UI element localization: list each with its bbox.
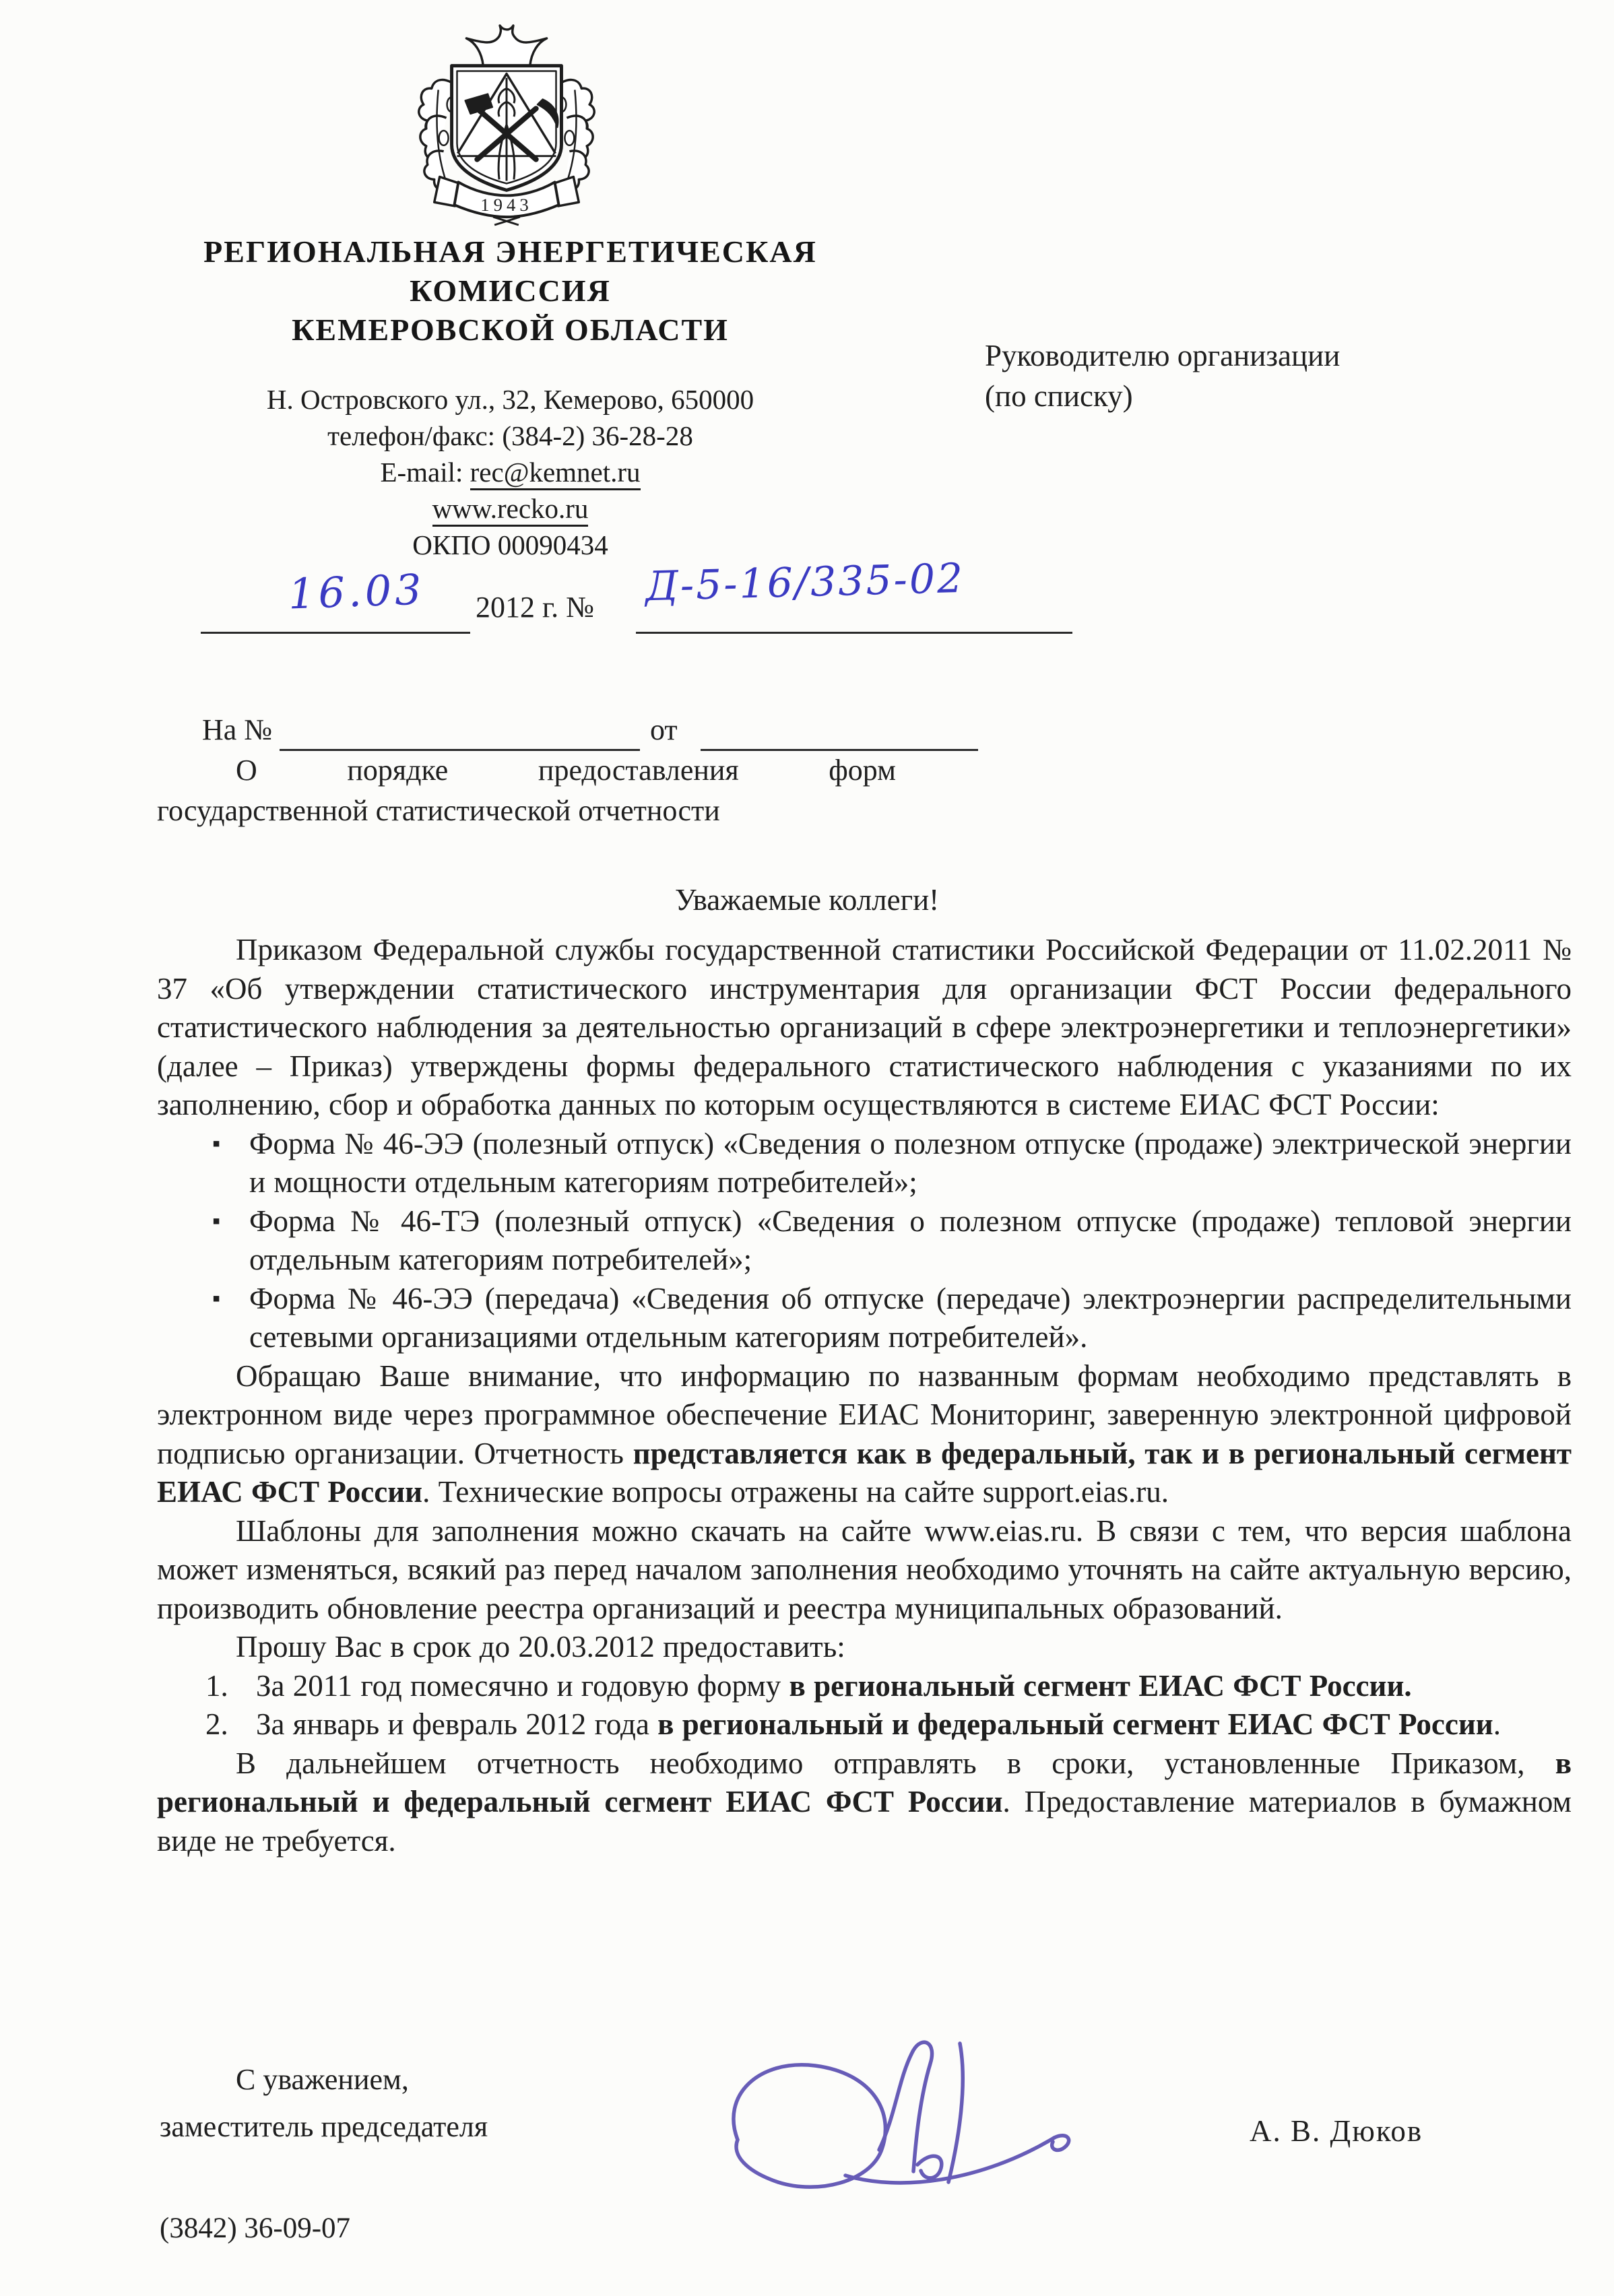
org-website-line: www.recko.ru xyxy=(94,490,926,527)
org-name-line: РЕГИОНАЛЬНАЯ ЭНЕРГЕТИЧЕСКАЯ xyxy=(94,232,926,271)
org-email: rec@kemnet.ru xyxy=(470,457,641,490)
handwritten-date: 16.03 xyxy=(288,564,426,618)
subject-line-2: государственной статистической отчетност… xyxy=(157,793,720,828)
reference-number-underline xyxy=(280,749,640,751)
handwritten-outgoing-number: Д-5-16/335-02 xyxy=(645,555,965,610)
item-text: За 2011 год помесячно и годовую форму в … xyxy=(256,1669,1412,1703)
item-text: За январь и февраль 2012 года в регионал… xyxy=(256,1707,1501,1741)
kemerovo-coat-of-arms-icon: 1943 xyxy=(399,24,614,226)
letter-body: Приказом Федеральной службы государствен… xyxy=(157,931,1572,1860)
square-bullet-icon: ▪ xyxy=(212,1202,220,1241)
body-paragraph-2: Обращаю Ваше внимание, что информацию по… xyxy=(157,1357,1572,1512)
addressee-line: Руководителю организации xyxy=(985,335,1524,376)
addressee-line: (по списку) xyxy=(985,376,1524,416)
body-paragraph-3: Шаблоны для заполнения можно скачать на … xyxy=(157,1512,1572,1629)
subject-word: порядке xyxy=(347,753,448,787)
footer-contact-phone: (3842) 36-09-07 xyxy=(160,2212,350,2245)
forms-bullet-list: ▪Форма № 46-ЭЭ (полезный отпуск) «Сведен… xyxy=(157,1125,1572,1357)
body-paragraph-5: В дальнейшем отчетность необходимо отпра… xyxy=(157,1744,1572,1861)
deadline-numbered-list: 1.За 2011 год помесячно и годовую форму … xyxy=(157,1667,1572,1744)
org-email-line: E-mail: rec@kemnet.ru xyxy=(94,454,926,490)
bullet-text: Форма № 46-ЭЭ (передача) «Сведения об от… xyxy=(249,1282,1572,1354)
org-address-block: Н. Островского ул., 32, Кемерово, 650000… xyxy=(94,381,926,563)
closing-phrase: С уважением, xyxy=(236,2062,409,2097)
reference-na-label: На № xyxy=(202,713,272,747)
printed-date-label: 2012 г. № xyxy=(476,590,594,624)
item-number: 2. xyxy=(205,1705,228,1744)
subject-word: предоставления xyxy=(538,753,739,787)
signer-name: А. В. Дюков xyxy=(1250,2113,1423,2149)
org-phone-fax: телефон/факс: (384-2) 36-28-28 xyxy=(94,418,926,454)
subject-word: О xyxy=(236,753,257,787)
handwritten-signature xyxy=(674,2035,1118,2217)
body-paragraph-4: Прошу Вас в срок до 20.03.2012 предостав… xyxy=(157,1628,1572,1667)
org-name-block: РЕГИОНАЛЬНАЯ ЭНЕРГЕТИЧЕСКАЯ КОМИССИЯ КЕМ… xyxy=(94,232,926,350)
org-website: www.recko.ru xyxy=(432,493,589,527)
org-name-line: КОМИССИЯ xyxy=(94,271,926,310)
emblem-year-label: 1943 xyxy=(480,195,532,215)
item-number: 1. xyxy=(205,1667,228,1706)
list-item: ▪Форма № 46-ЭЭ (передача) «Сведения об о… xyxy=(157,1280,1572,1357)
reference-date-underline xyxy=(701,749,978,751)
signer-position: заместитель председателя xyxy=(160,2109,488,2144)
number-underline xyxy=(636,632,1072,634)
bullet-text: Форма № 46-ЭЭ (полезный отпуск) «Сведени… xyxy=(249,1127,1572,1200)
org-name-line: КЕМЕРОВСКОЙ ОБЛАСТИ xyxy=(94,310,926,350)
list-item: ▪Форма № 46-ЭЭ (полезный отпуск) «Сведен… xyxy=(157,1125,1572,1202)
reference-ot-label: от xyxy=(650,713,678,747)
org-okpo: ОКПО 00090434 xyxy=(94,527,926,563)
subject-word: форм xyxy=(829,753,896,787)
square-bullet-icon: ▪ xyxy=(212,1125,220,1164)
subject-line-1: О порядке предоставления форм xyxy=(236,753,896,787)
salutation: Уважаемые коллеги! xyxy=(0,882,1614,917)
date-underline xyxy=(201,632,470,634)
email-label: E-mail: xyxy=(380,457,470,488)
body-paragraph-1: Приказом Федеральной службы государствен… xyxy=(157,931,1572,1125)
bullet-text: Форма № 46-ТЭ (полезный отпуск) «Сведени… xyxy=(249,1204,1572,1277)
org-street-address: Н. Островского ул., 32, Кемерово, 650000 xyxy=(94,381,926,418)
list-item: ▪Форма № 46-ТЭ (полезный отпуск) «Сведен… xyxy=(157,1202,1572,1280)
scanned-letter-page: 1943 РЕГИОНАЛЬНАЯ ЭНЕРГЕТИЧЕСКАЯ КОМИССИ… xyxy=(0,0,1614,2296)
addressee-block: Руководителю организации (по списку) xyxy=(985,335,1524,416)
square-bullet-icon: ▪ xyxy=(212,1280,220,1319)
list-item: 1.За 2011 год помесячно и годовую форму … xyxy=(157,1667,1572,1706)
list-item: 2.За январь и февраль 2012 года в регион… xyxy=(157,1705,1572,1744)
